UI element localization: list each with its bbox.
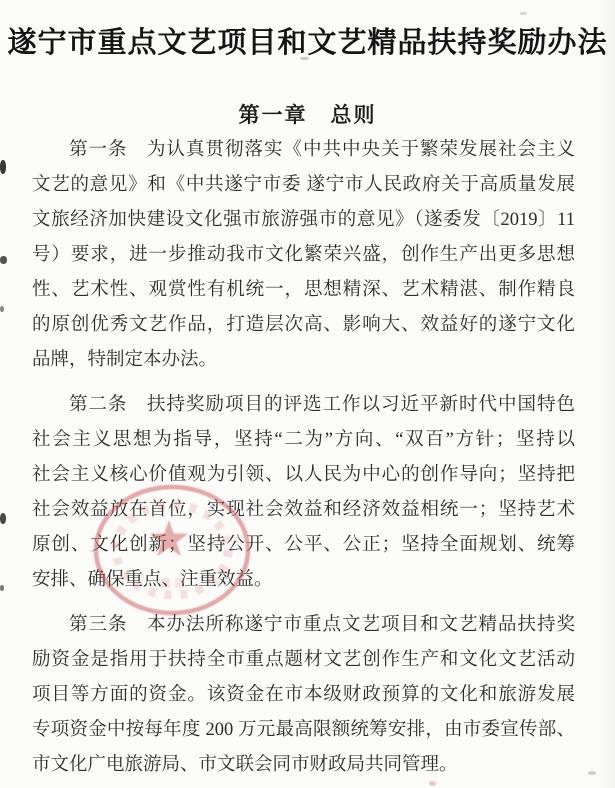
text-line: 安排、确保重点、注重效益。 bbox=[32, 563, 575, 598]
chapter-heading: 第一章 总则 bbox=[0, 99, 615, 129]
document-title: 遂宁市重点文艺项目和文艺精品扶持奖励办法 bbox=[0, 20, 615, 61]
text-line: 第三条 本办法所称遂宁市重点文艺项目和文艺精品扶持奖 bbox=[32, 608, 575, 643]
text-line: 第二条 扶持奖励项目的评选工作以习近平新时代中国特色 bbox=[32, 388, 575, 423]
text-line: 社会主义思想为指导，坚持“二为”方向、“双百”方针；坚持以 bbox=[32, 423, 575, 458]
text-line: 品牌，特制定本办法。 bbox=[32, 343, 575, 378]
text-line: 原创、文化创新；坚持公开、公平、公正；坚持全面规划、统筹 bbox=[32, 528, 575, 563]
text-line: 的原创优秀文艺作品，打造层次高、影响大、效益好的遂宁文化 bbox=[32, 308, 575, 343]
text-line: 励资金是指用于扶持全市重点题材文艺创作生产和文化文艺活动 bbox=[32, 643, 575, 678]
scan-artifact bbox=[0, 160, 6, 174]
text-line: 社会效益放在首位，实现社会效益和经济效益相统一；坚持艺术 bbox=[32, 493, 575, 528]
text-line: 性、艺术性、观赏性有机统一，思想精深、艺术精湛、制作精良 bbox=[32, 273, 575, 308]
text-line: 专项资金中按每年度 200 万元最高限额统筹安排，由市委宣传部、 bbox=[32, 713, 575, 748]
scanned-document-page: { "page": { "background": "#fbfbf9", "in… bbox=[0, 0, 615, 788]
scan-artifact bbox=[588, 771, 596, 775]
text-line: 市文化广电旅游局、市文联会同市财政局共同管理。 bbox=[32, 748, 575, 783]
text-line: 文艺的意见》和《中共遂宁市委 遂宁市人民政府关于高质量发展 bbox=[32, 168, 575, 203]
scan-artifact bbox=[0, 513, 6, 524]
paragraph: 第一条 为认真贯彻落实《中共中央关于繁荣发展社会主义文艺的意见》和《中共遂宁市委… bbox=[32, 133, 575, 378]
text-line: 号）要求，进一步推动我市文化繁荣兴盛，创作生产出更多思想 bbox=[32, 238, 575, 273]
paragraph: 第三条 本办法所称遂宁市重点文艺项目和文艺精品扶持奖励资金是指用于扶持全市重点题… bbox=[32, 608, 575, 783]
paragraph: 第二条 扶持奖励项目的评选工作以习近平新时代中国特色社会主义思想为指导，坚持“二… bbox=[32, 388, 575, 598]
text-line: 文旅经济加快建设文化强市旅游强市的意见》（遂委发〔2019〕11 bbox=[32, 203, 575, 238]
text-line: 项目等方面的资金。该资金在市本级财政预算的文化和旅游发展 bbox=[32, 678, 575, 713]
scan-artifact bbox=[0, 306, 4, 312]
text-line: 社会主义核心价值观为引领、以人民为中心的创作导向；坚持把 bbox=[32, 458, 575, 493]
scan-artifact bbox=[520, 12, 527, 15]
scan-artifact bbox=[0, 256, 7, 264]
text-line: 第一条 为认真贯彻落实《中共中央关于繁荣发展社会主义 bbox=[32, 133, 575, 168]
document-body: 第一条 为认真贯彻落实《中共中央关于繁荣发展社会主义文艺的意见》和《中共遂宁市委… bbox=[32, 133, 575, 783]
scan-artifact bbox=[0, 585, 4, 591]
